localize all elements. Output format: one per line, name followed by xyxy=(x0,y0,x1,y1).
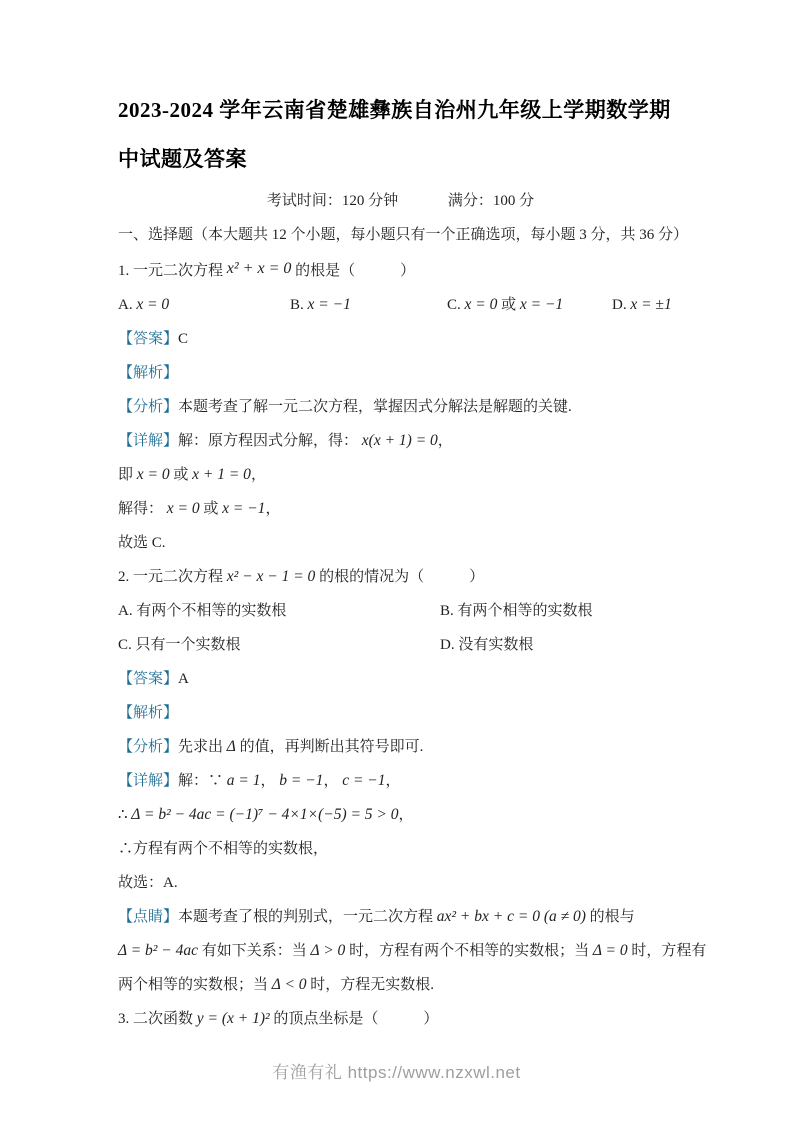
q2-step-conclusion: ∴方程有两个不相等的实数根， xyxy=(118,838,683,860)
section-heading: 一、选择题（本大题共 12 个小题，每小题只有一个正确选项，每小题 3 分，共 … xyxy=(118,224,683,246)
q2-dianjing-line-3: 两个相等的实数根；当 Δ < 0 时，方程无实数根. xyxy=(118,974,683,996)
q1-option-b: B. x = −1 xyxy=(290,294,447,316)
q2-option-d: D. 没有实数根 xyxy=(440,634,683,656)
q2-dianjing-line-1: 【点睛】本题考查了根的判别式，一元二次方程 ax² + bx + c = 0 (… xyxy=(118,906,683,928)
exam-time-label: 考试时间：120 分钟 xyxy=(267,190,398,212)
q1-step-ji: 即 x = 0 或 x + 1 = 0， xyxy=(118,464,683,486)
q1-step-jiede: 解得： x = 0 或 x = −1， xyxy=(118,498,683,520)
q1-xiangjie: 【详解】解：原方程因式分解，得： x(x + 1) = 0， xyxy=(118,430,683,452)
exam-document-page: 2023-2024 学年云南省楚雄彝族自治州九年级上学期数学期 中试题及答案 考… xyxy=(0,0,793,1122)
q1-jiexi-label: 【解析】 xyxy=(118,362,683,384)
q2-guxuan: 故选：A. xyxy=(118,872,683,894)
q2-option-c: C. 只有一个实数根 xyxy=(118,634,440,656)
full-score-label: 满分：100 分 xyxy=(448,190,534,212)
q2-step-delta: ∴ Δ = b² − 4ac = (−1)⁷ − 4×1×(−5) = 5 > … xyxy=(118,804,683,826)
q2-fenxi: 【分析】先求出 Δ 的值，再判断出其符号即可. xyxy=(118,736,683,758)
q2-answer: 【答案】A xyxy=(118,668,683,690)
page-footer: 有渔有礼 https://www.nzxwl.net xyxy=(0,1058,793,1083)
title-line-2: 中试题及答案 xyxy=(118,135,683,184)
q2-option-a: A. 有两个不相等的实数根 xyxy=(118,600,440,622)
title-line-1: 2023-2024 学年云南省楚雄彝族自治州九年级上学期数学期 xyxy=(118,86,683,135)
q1-guxuan: 故选 C. xyxy=(118,532,683,554)
q1-option-c: C. x = 0 或 x = −1 xyxy=(447,294,612,316)
q1-answer: 【答案】C xyxy=(118,328,683,350)
q1-stem: 1. 一元二次方程 x² + x = 0 的根是（ ） xyxy=(118,258,683,282)
q1-options: A. x = 0 B. x = −1 C. x = 0 或 x = −1 D. … xyxy=(118,294,683,316)
footer-site-link[interactable]: 有渔有礼 https://www.nzxwl.net xyxy=(272,1063,520,1082)
q3-stem: 3. 二次函数 y = (x + 1)² 的顶点坐标是（ ） xyxy=(118,1008,683,1030)
q1-option-d: D. x = ±1 xyxy=(612,294,683,316)
q2-options-row-2: C. 只有一个实数根 D. 没有实数根 xyxy=(118,634,683,656)
q2-dianjing-line-2: Δ = b² − 4ac 有如下关系：当 Δ > 0 时，方程有两个不相等的实数… xyxy=(118,940,683,962)
q2-xiangjie: 【详解】解：∵ a = 1， b = −1， c = −1， xyxy=(118,770,683,792)
q2-stem: 2. 一元二次方程 x² − x − 1 = 0 的根的情况为（ ） xyxy=(118,566,683,588)
q1-fenxi: 【分析】本题考查了解一元二次方程，掌握因式分解法是解题的关键. xyxy=(118,396,683,418)
q1-option-a: A. x = 0 xyxy=(118,294,290,316)
q2-jiexi-label: 【解析】 xyxy=(118,702,683,724)
q2-option-b: B. 有两个相等的实数根 xyxy=(440,600,683,622)
document-title: 2023-2024 学年云南省楚雄彝族自治州九年级上学期数学期 中试题及答案 xyxy=(118,86,683,184)
exam-meta: 考试时间：120 分钟 满分：100 分 xyxy=(118,190,683,212)
q2-options-row-1: A. 有两个不相等的实数根 B. 有两个相等的实数根 xyxy=(118,600,683,622)
